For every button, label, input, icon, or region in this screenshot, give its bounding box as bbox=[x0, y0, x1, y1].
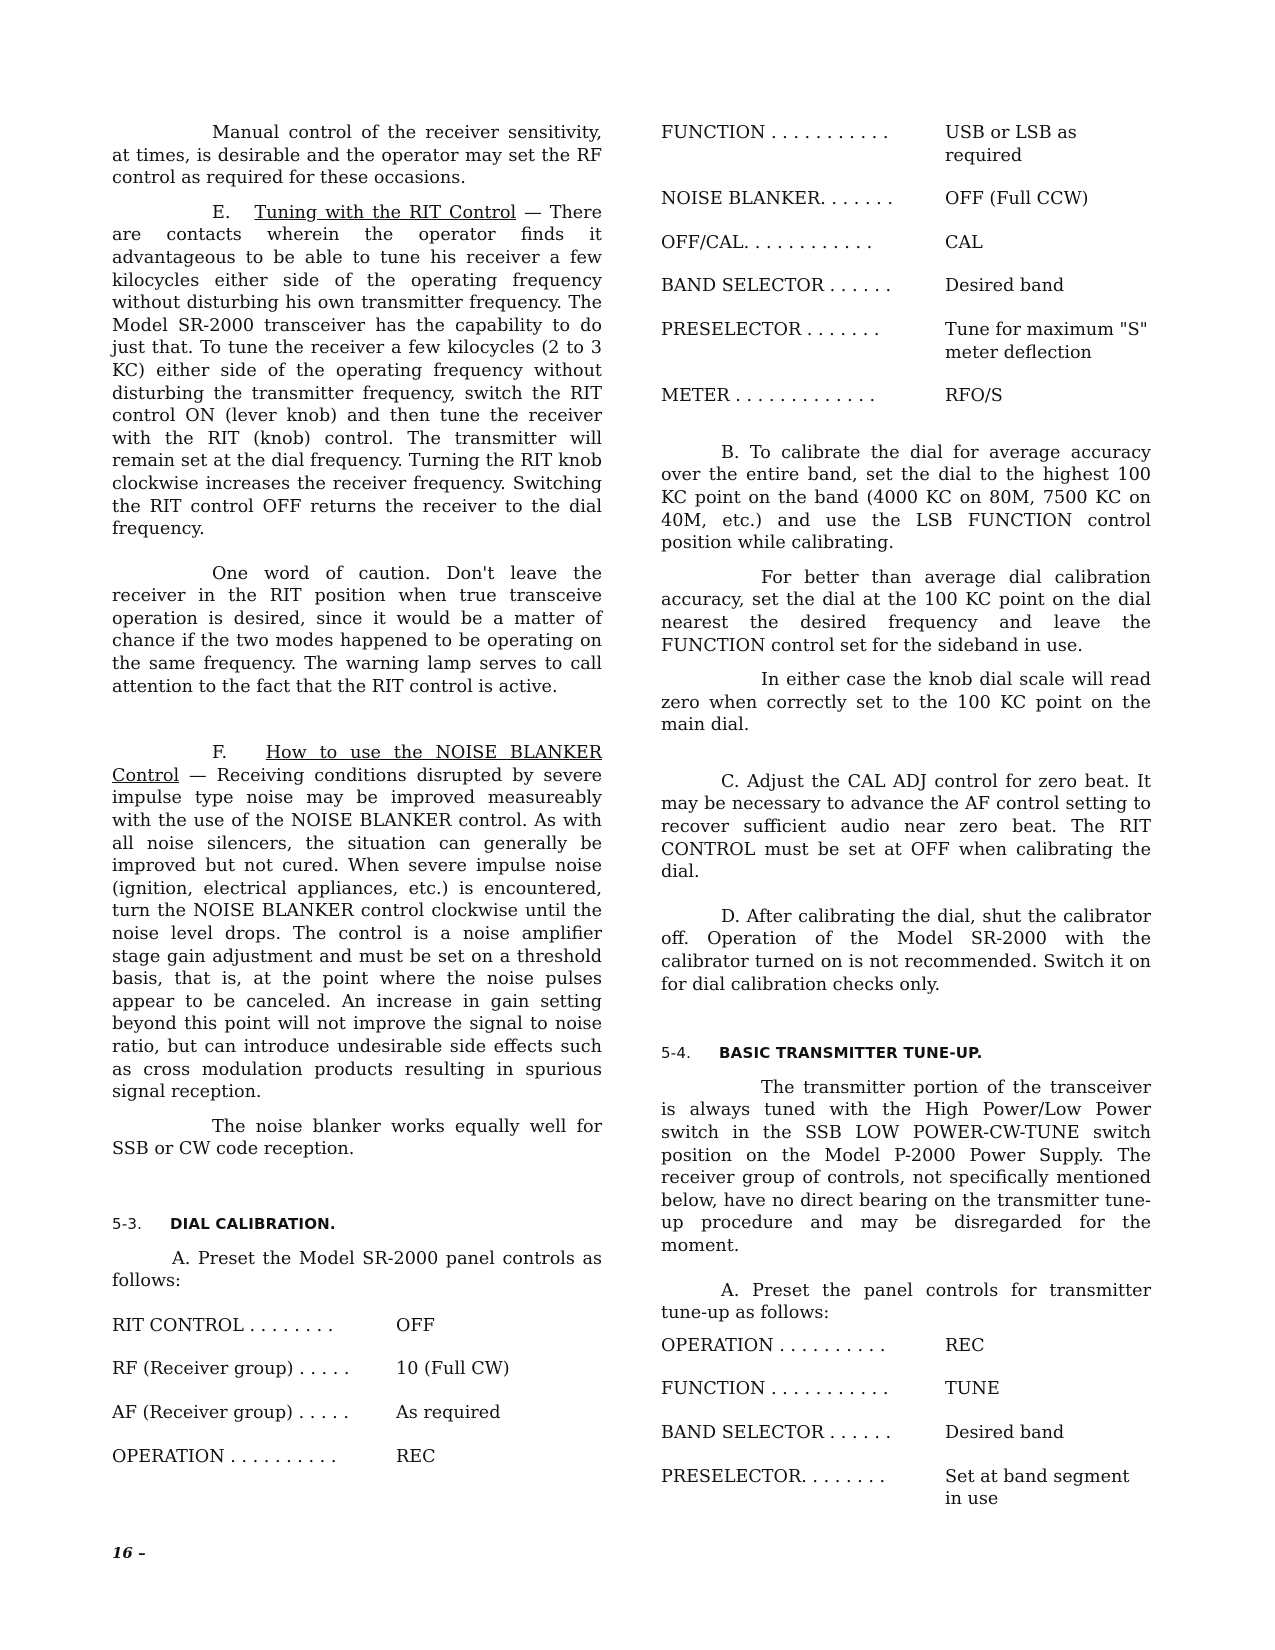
setting-control-name: NOISE BLANKER. . . . . . . bbox=[661, 188, 945, 211]
paragraph-caution: One word of caution. Don't leave the rec… bbox=[112, 563, 602, 699]
setting-row: RIT CONTROL . . . . . . . . OFF bbox=[112, 1315, 602, 1338]
setting-value: Tune for maximum "S" meter deflection bbox=[945, 319, 1151, 364]
dot-leader: . . . . . . . . . . . . bbox=[744, 233, 873, 253]
setting-row: OPERATION . . . . . . . . . . REC bbox=[661, 1335, 1151, 1358]
setting-control-name: PRESELECTOR. . . . . . . . bbox=[661, 1466, 945, 1511]
section-heading-5-4: 5-4.BASIC TRANSMITTER TUNE-UP. bbox=[661, 1042, 1151, 1065]
left-column: Manual control of the receiver sensitivi… bbox=[112, 122, 602, 1468]
dot-leader: . . . . . . bbox=[824, 276, 891, 296]
dot-leader: . . . . . . . . . . . . . bbox=[730, 386, 875, 406]
setting-control-name: RIT CONTROL . . . . . . . . bbox=[112, 1315, 396, 1338]
setting-control-name: AF (Receiver group) . . . . . bbox=[112, 1402, 396, 1425]
dot-leader: . . . . . bbox=[294, 1359, 350, 1379]
dot-leader: . . . . . . . . . . bbox=[225, 1447, 337, 1467]
setting-value: CAL bbox=[945, 232, 1151, 255]
setting-control-name: BAND SELECTOR . . . . . . bbox=[661, 275, 945, 298]
dot-leader: . . . . . . . bbox=[820, 189, 893, 209]
section-e-letter: E. bbox=[212, 203, 230, 223]
paragraph-5-4-a: A. Preset the panel controls for transmi… bbox=[661, 1280, 1151, 1325]
setting-control-name: OPERATION . . . . . . . . . . bbox=[112, 1446, 396, 1469]
setting-control-name: OPERATION . . . . . . . . . . bbox=[661, 1335, 945, 1358]
setting-value: TUNE bbox=[945, 1378, 1151, 1401]
setting-value: 10 (Full CW) bbox=[396, 1358, 602, 1381]
paragraph-better-accuracy: For better than average dial calibration… bbox=[661, 567, 1151, 657]
heading-title: BASIC TRANSMITTER TUNE-UP. bbox=[719, 1044, 983, 1062]
section-e-body: There are contacts wherein the operator … bbox=[112, 203, 602, 539]
paragraph-5-3-c: C. Adjust the CAL ADJ control for zero b… bbox=[661, 771, 1151, 884]
setting-value: REC bbox=[396, 1446, 602, 1469]
section-f-dash: — bbox=[179, 766, 217, 786]
settings-list-transmitter-tuneup: OPERATION . . . . . . . . . . RECFUNCTIO… bbox=[661, 1335, 1151, 1511]
setting-row: PRESELECTOR. . . . . . . . Set at band s… bbox=[661, 1466, 1151, 1511]
paragraph-5-3-a: A. Preset the Model SR-2000 panel contro… bbox=[112, 1248, 602, 1293]
dot-leader: . . . . . . . . . . . bbox=[765, 1379, 888, 1399]
setting-value: RFO/S bbox=[945, 385, 1151, 408]
setting-control-name: PRESELECTOR . . . . . . . bbox=[661, 319, 945, 364]
dot-leader: . . . . . . . . . . . bbox=[765, 123, 888, 143]
setting-row: FUNCTION . . . . . . . . . . . TUNE bbox=[661, 1378, 1151, 1401]
setting-value: Set at band segment in use bbox=[945, 1466, 1151, 1511]
dot-leader: . . . . . . . bbox=[801, 320, 879, 340]
setting-control-name: RF (Receiver group) . . . . . bbox=[112, 1358, 396, 1381]
dot-leader: . . . . . . . . bbox=[801, 1467, 885, 1487]
setting-row: PRESELECTOR . . . . . . . Tune for maxim… bbox=[661, 319, 1151, 364]
setting-row: FUNCTION . . . . . . . . . . . USB or LS… bbox=[661, 122, 1151, 167]
setting-row: OPERATION . . . . . . . . . . REC bbox=[112, 1446, 602, 1469]
setting-row: AF (Receiver group) . . . . . As require… bbox=[112, 1402, 602, 1425]
paragraph-either-case: In either case the knob dial scale will … bbox=[661, 669, 1151, 737]
setting-value: OFF (Full CCW) bbox=[945, 188, 1151, 211]
setting-value: Desired band bbox=[945, 1422, 1151, 1445]
section-e-dash: — bbox=[516, 203, 550, 223]
section-heading-5-3: 5-3.DIAL CALIBRATION. bbox=[112, 1213, 602, 1236]
setting-row: BAND SELECTOR . . . . . . Desired band bbox=[661, 275, 1151, 298]
setting-control-name: BAND SELECTOR . . . . . . bbox=[661, 1422, 945, 1445]
section-f: F. How to use the NOISE BLANKER Control … bbox=[112, 742, 602, 1104]
setting-row: BAND SELECTOR . . . . . . Desired band bbox=[661, 1422, 1151, 1445]
setting-row: OFF/CAL. . . . . . . . . . . . CAL bbox=[661, 232, 1151, 255]
setting-control-name: FUNCTION . . . . . . . . . . . bbox=[661, 1378, 945, 1401]
setting-row: METER . . . . . . . . . . . . . RFO/S bbox=[661, 385, 1151, 408]
right-column: FUNCTION . . . . . . . . . . . USB or LS… bbox=[661, 122, 1151, 1511]
settings-list-calibration-continued: FUNCTION . . . . . . . . . . . USB or LS… bbox=[661, 122, 1151, 408]
setting-value: REC bbox=[945, 1335, 1151, 1358]
dot-leader: . . . . . . . . bbox=[244, 1316, 333, 1336]
paragraph-5-3-b: B. To calibrate the dial for average acc… bbox=[661, 442, 1151, 555]
paragraph-noise-blanker: The noise blanker works equally well for… bbox=[112, 1116, 602, 1161]
setting-value: OFF bbox=[396, 1315, 602, 1338]
setting-value: As required bbox=[396, 1402, 602, 1425]
setting-control-name: METER . . . . . . . . . . . . . bbox=[661, 385, 945, 408]
paragraph-5-4: The transmitter portion of the transceiv… bbox=[661, 1077, 1151, 1258]
section-e: E. Tuning with the RIT Control — There a… bbox=[112, 202, 602, 541]
setting-value: USB or LSB as required bbox=[945, 122, 1151, 167]
dot-leader: . . . . . . bbox=[824, 1423, 891, 1443]
heading-number: 5-3. bbox=[112, 1213, 170, 1236]
dot-leader: . . . . . bbox=[293, 1403, 349, 1423]
dot-leader: . . . . . . . . . . bbox=[774, 1336, 886, 1356]
heading-title: DIAL CALIBRATION. bbox=[170, 1215, 336, 1233]
setting-control-name: OFF/CAL. . . . . . . . . . . . bbox=[661, 232, 945, 255]
setting-control-name: FUNCTION . . . . . . . . . . . bbox=[661, 122, 945, 167]
paragraph-manual-control: Manual control of the receiver sensitivi… bbox=[112, 122, 602, 190]
paragraph-5-3-d: D. After calibrating the dial, shut the … bbox=[661, 906, 1151, 996]
section-f-body: Receiving conditions disrupted by severe… bbox=[112, 766, 602, 1102]
page-number: 16 – bbox=[112, 1544, 146, 1562]
settings-list-dial-calibration: RIT CONTROL . . . . . . . . OFFRF (Recei… bbox=[112, 1315, 602, 1468]
setting-row: RF (Receiver group) . . . . . 10 (Full C… bbox=[112, 1358, 602, 1381]
setting-value: Desired band bbox=[945, 275, 1151, 298]
setting-row: NOISE BLANKER. . . . . . . OFF (Full CCW… bbox=[661, 188, 1151, 211]
heading-number: 5-4. bbox=[661, 1042, 719, 1065]
section-e-title: Tuning with the RIT Control bbox=[254, 203, 516, 223]
section-f-letter: F. bbox=[212, 743, 227, 763]
